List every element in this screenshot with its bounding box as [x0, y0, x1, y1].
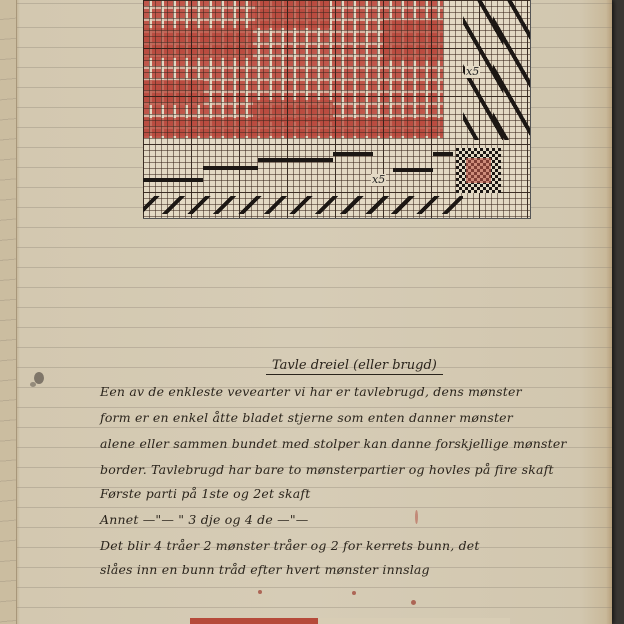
text-line: form er en enkel åtte bladet stjerne som…	[100, 410, 590, 425]
red-speck	[411, 600, 416, 605]
weaving-pattern-chart: x5 x5	[143, 0, 531, 219]
black-zigzag	[393, 168, 433, 172]
text-line: Een av de enkleste vevearter vi har er t…	[100, 384, 590, 399]
section-title: Tavle dreiel (eller brugd)	[266, 358, 443, 375]
black-zigzag	[258, 158, 333, 162]
ink-stain	[30, 382, 36, 387]
next-pattern-edge	[190, 618, 510, 624]
black-zigzag	[143, 178, 203, 182]
diagonal-border-row	[143, 196, 463, 214]
text-line: slåes inn en bunn tråd efter hvert mønst…	[100, 562, 590, 577]
left-page-edge	[0, 0, 16, 624]
repeat-annotation: x5	[465, 66, 480, 78]
black-zigzag	[333, 152, 373, 156]
text-line: Annet —"— " 3 dje og 4 de —"—	[100, 512, 590, 527]
text-line: alene eller sammen bundet med stolper ka…	[100, 436, 590, 451]
notebook-page: x5 x5 Tavle dreiel (eller brugd) Een av …	[0, 0, 612, 624]
red-speck	[258, 590, 262, 594]
repeat-annotation: x5	[371, 174, 386, 186]
checker-red-center	[466, 158, 491, 183]
text-line: Første parti på 1ste og 2et skaft	[100, 486, 590, 501]
black-zigzag	[203, 166, 258, 170]
red-speck	[352, 591, 356, 595]
black-diagonal-border	[493, 0, 531, 140]
text-line: border. Tavlebrugd har bare to mønsterpa…	[100, 462, 590, 477]
black-zigzag	[433, 152, 453, 156]
text-line: Det blir 4 tråer 2 mønster tråer og 2 fo…	[100, 538, 590, 553]
red-speck	[415, 510, 418, 524]
